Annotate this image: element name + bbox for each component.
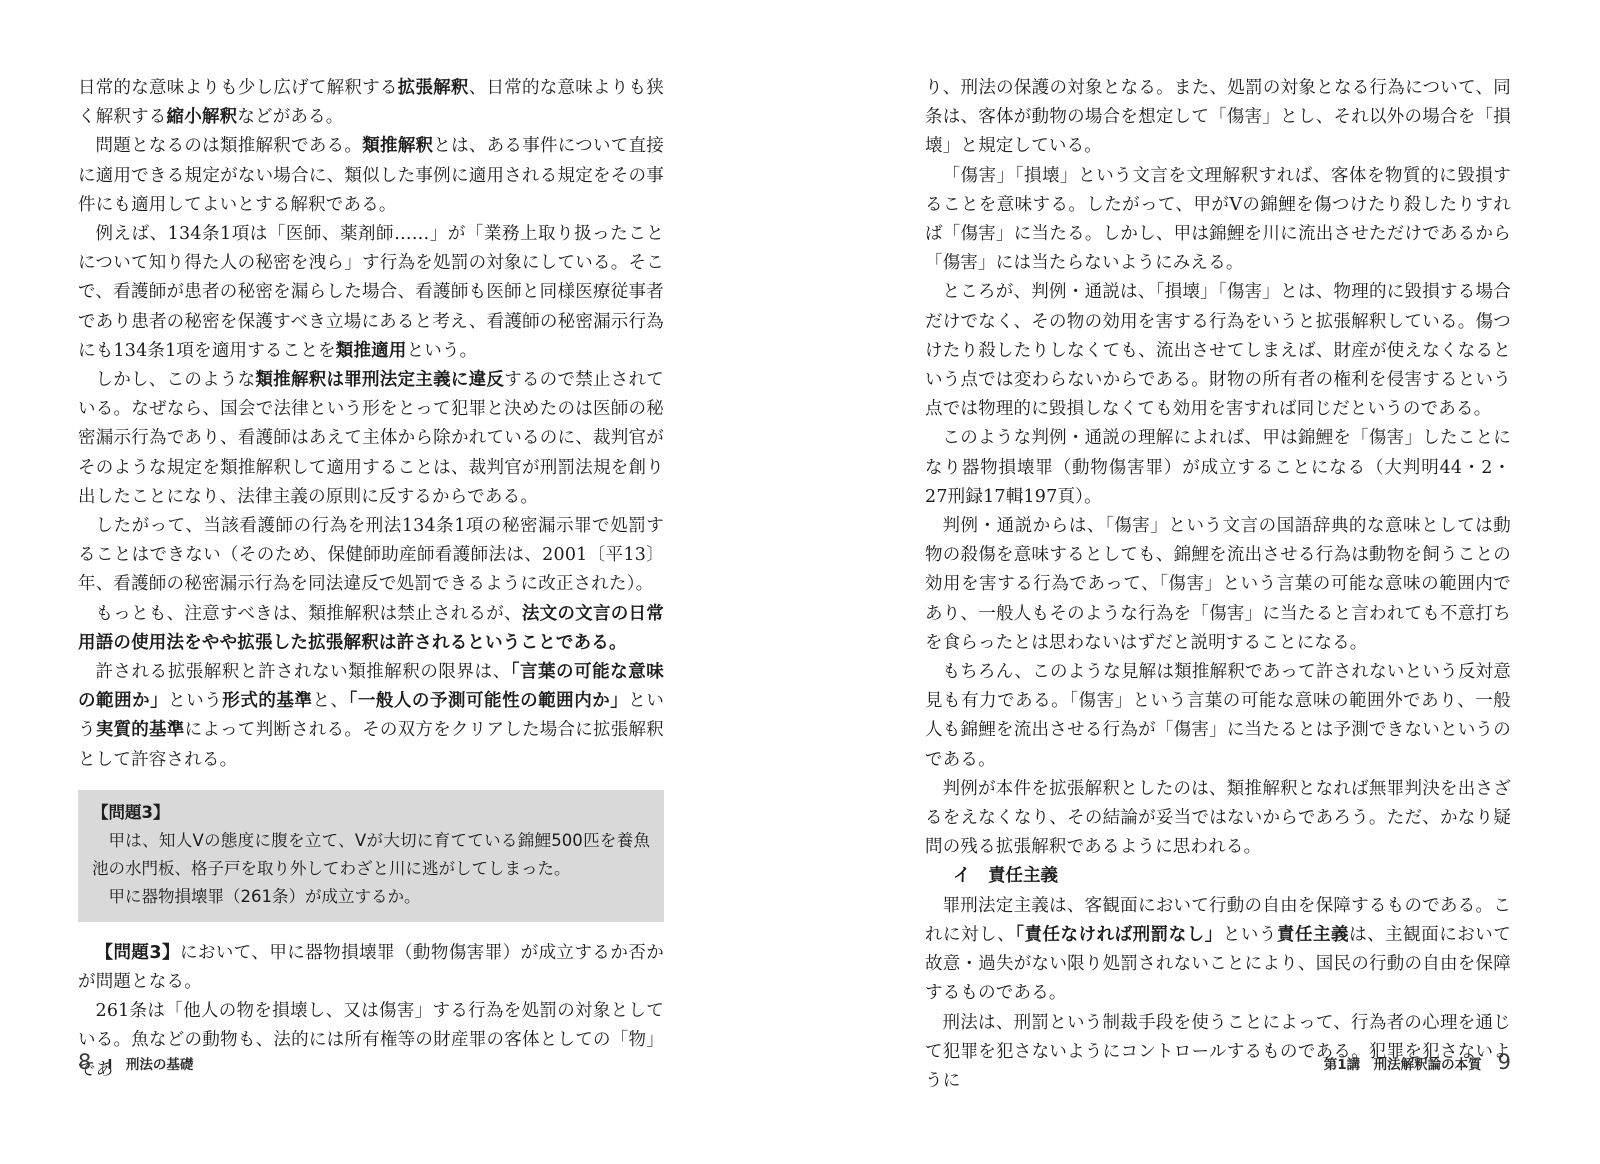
- emphasis-text: 責任主義: [1277, 925, 1349, 945]
- problem-box-title: 【問題3】: [92, 799, 650, 827]
- emphasis-text: 【問題3】: [96, 943, 180, 963]
- emphasis-text: 「一般人の予測可能性の範囲内か」: [349, 691, 629, 711]
- page-left-content: 日常的な意味よりも少し広げて解釈する拡張解釈、日常的な意味よりも狭く解釈する縮小…: [78, 74, 664, 1085]
- text-run: という: [168, 691, 222, 711]
- page-right-content: り、刑法の保護の対象となる。また、処罰の対象となる行為について、同条は、客体が動…: [925, 74, 1511, 1096]
- paragraph: 問題となるのは類推解釈である。類推解釈とは、ある事件について直接に適用できる規定…: [78, 132, 664, 220]
- text-run: 許される拡張解釈と許されない類推解釈の限界は、: [96, 662, 511, 682]
- paragraph: もちろん、このような見解は類推解釈であって許されないという反対意見も有力である。…: [925, 658, 1511, 775]
- part-title: Ⅰ 刑法の基礎: [107, 1057, 193, 1073]
- emphasis-text: 実質的基準: [96, 720, 185, 740]
- paragraph: り、刑法の保護の対象となる。また、処罰の対象となる行為について、同条は、客体が動…: [925, 74, 1511, 162]
- text-run: もちろん、このような見解は類推解釈であって許されないという反対意見も有力である。…: [925, 662, 1511, 770]
- text-run: したがって、当該看護師の行為を刑法134条1項の秘密漏示罪で処罰することはできな…: [78, 516, 664, 594]
- text-run: という: [1223, 925, 1277, 945]
- text-run: するので禁止されている。なぜなら、国会で法律という形をとって犯罪と決めたのは医師…: [78, 370, 664, 507]
- page-right-footer: 第1講 刑法解釈論の本質9: [925, 1050, 1511, 1074]
- paragraph: ところが、判例・通説は、「損壊」「傷害」とは、物理的に毀損する場合だけでなく、そ…: [925, 278, 1511, 424]
- paragraph: 判例が本件を拡張解釈としたのは、類推解釈となれば無罪判決を出さざるをえなくなり、…: [925, 775, 1511, 863]
- text-run: と、: [312, 691, 348, 711]
- page-number-right: 9: [1498, 1050, 1511, 1074]
- text-run: 日常的な意味よりも少し広げて解釈する: [78, 78, 398, 98]
- paragraph: 日常的な意味よりも少し広げて解釈する拡張解釈、日常的な意味よりも狭く解釈する縮小…: [78, 74, 664, 132]
- text-run: もっとも、注意すべきは、類推解釈は禁止されるが、: [96, 604, 522, 624]
- text-run: このような判例・通説の理解によれば、甲は錦鯉を「傷害」したことになり器物損壊罪（…: [925, 428, 1511, 506]
- emphasis-text: 「責任なければ刑罰なし」: [1015, 925, 1223, 945]
- paragraph: したがって、当該看護師の行為を刑法134条1項の秘密漏示罪で処罰することはできな…: [78, 512, 664, 600]
- text-run: り、刑法の保護の対象となる。また、処罰の対象となる行為について、同条は、客体が動…: [925, 78, 1511, 156]
- problem-box-line: 甲に器物損壊罪（261条）が成立するか。: [92, 883, 650, 911]
- paragraph: しかし、このような類推解釈は罪刑法定主義に違反するので禁止されている。なぜなら、…: [78, 366, 664, 512]
- emphasis-text: 類推解釈: [362, 136, 433, 156]
- emphasis-text: 拡張解釈: [398, 78, 469, 98]
- emphasis-text: 縮小解釈: [167, 107, 238, 127]
- text-run: ところが、判例・通説は、「損壊」「傷害」とは、物理的に毀損する場合だけでなく、そ…: [925, 282, 1511, 419]
- text-run: 判例が本件を拡張解釈としたのは、類推解釈となれば無罪判決を出さざるをえなくなり、…: [925, 779, 1511, 857]
- paragraph: このような判例・通説の理解によれば、甲は錦鯉を「傷害」したことになり器物損壊罪（…: [925, 424, 1511, 512]
- problem-box-line: 甲は、知人Vの態度に腹を立て、Vが大切に育てている錦鯉500匹を養魚池の水門板、…: [92, 827, 650, 883]
- paragraph: 【問題3】において、甲に器物損壊罪（動物傷害罪）が成立するか否かが問題となる。: [78, 939, 664, 997]
- text-run: 判例・通説からは、「傷害」という文言の国語辞典的な意味としては動物の殺傷を意味す…: [925, 516, 1511, 653]
- chapter-title: 第1講 刑法解釈論の本質: [1324, 1057, 1482, 1073]
- page-number-left: 8: [78, 1050, 91, 1074]
- text-run: などがある。: [237, 107, 343, 127]
- problem-box: 【問題3】甲は、知人Vの態度に腹を立て、Vが大切に育てている錦鯉500匹を養魚池…: [78, 790, 664, 922]
- text-run: 問題となるのは類推解釈である。: [96, 136, 363, 156]
- page-left: 日常的な意味よりも少し広げて解釈する拡張解釈、日常的な意味よりも狭く解釈する縮小…: [78, 74, 664, 1085]
- emphasis-text: 類推適用: [336, 341, 407, 361]
- emphasis-text: 類推解釈は罪刑法定主義に違反: [255, 370, 504, 390]
- subsection-heading: イ 責任主義: [925, 862, 1511, 891]
- paragraph: 判例・通説からは、「傷害」という文言の国語辞典的な意味としては動物の殺傷を意味す…: [925, 512, 1511, 658]
- text-run: しかし、このような: [96, 370, 256, 390]
- paragraph: 例えば、134条1項は「医師、薬剤師……」が「業務上取り扱ったことについて知り得…: [78, 220, 664, 366]
- text-run: 「傷害」「損壊」という文言を文理解釈すれば、客体を物質的に毀損することを意味する…: [925, 166, 1511, 274]
- page-left-footer: 8Ⅰ 刑法の基礎: [78, 1050, 664, 1074]
- page-right: り、刑法の保護の対象となる。また、処罰の対象となる行為について、同条は、客体が動…: [925, 74, 1511, 1096]
- paragraph: 「傷害」「損壊」という文言を文理解釈すれば、客体を物質的に毀損することを意味する…: [925, 162, 1511, 279]
- paragraph: もっとも、注意すべきは、類推解釈は禁止されるが、法文の文言の日常用語の使用法をや…: [78, 600, 664, 658]
- text-run: という。: [407, 341, 478, 361]
- paragraph: 罪刑法定主義は、客観面において行動の自由を保障するものである。これに対し、「責任…: [925, 892, 1511, 1009]
- paragraph: 許される拡張解釈と許されない類推解釈の限界は、「言葉の可能な意味の範囲か」という…: [78, 658, 664, 775]
- emphasis-text: 形式的基準: [222, 691, 312, 711]
